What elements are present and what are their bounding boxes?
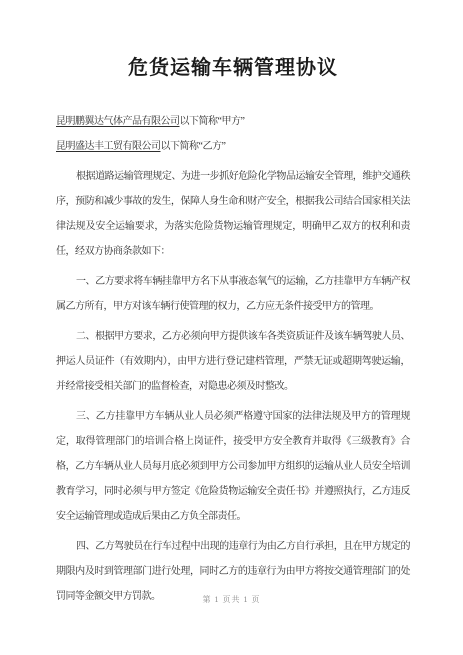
document-page: 危货运输车辆管理协议 昆明鹏翼达气体产品有限公司以下简称“甲方” 昆明盛达丰工贸… — [0, 0, 463, 655]
party-b-name: 昆明盛达丰工贸有限公司 — [56, 141, 161, 152]
party-a-name: 昆明鹏翼达气体产品有限公司 — [56, 116, 180, 127]
document-title: 危货运输车辆管理协议 — [56, 52, 410, 84]
party-a-line: 昆明鹏翼达气体产品有限公司以下简称“甲方” — [56, 109, 410, 134]
party-b-alias: 以下简称“乙方” — [161, 141, 226, 152]
agreement-body: 根据道路运输管理规定、为进一步抓好危险化学物品运输安全管理，维护交通秩序，预防和… — [56, 164, 410, 609]
party-b-line: 昆明盛达丰工贸有限公司以下简称“乙方” — [56, 134, 410, 159]
page-number-footer: 第 1 页共 1 页 — [0, 592, 463, 608]
paragraph-clause-2: 二、根据甲方要求，乙方必须向甲方提供该车各类资质证件及该车辆驾驶人员、押运人员证… — [56, 324, 410, 399]
paragraph-clause-1: 一、乙方要求将车辆挂靠甲方名下从事液态氧气的运输，乙方挂靠甲方车辆产权属乙方所有… — [56, 269, 410, 319]
parties-section: 昆明鹏翼达气体产品有限公司以下简称“甲方” 昆明盛达丰工贸有限公司以下简称“乙方… — [56, 109, 410, 159]
paragraph-clause-3: 三、乙方挂靠甲方车辆从业人员必须严格遵守国家的法律法规及甲方的管理规定，取得管理… — [56, 404, 410, 529]
paragraph-preamble: 根据道路运输管理规定、为进一步抓好危险化学物品运输安全管理，维护交通秩序，预防和… — [56, 164, 410, 264]
party-a-alias: 以下简称“甲方” — [180, 116, 245, 127]
